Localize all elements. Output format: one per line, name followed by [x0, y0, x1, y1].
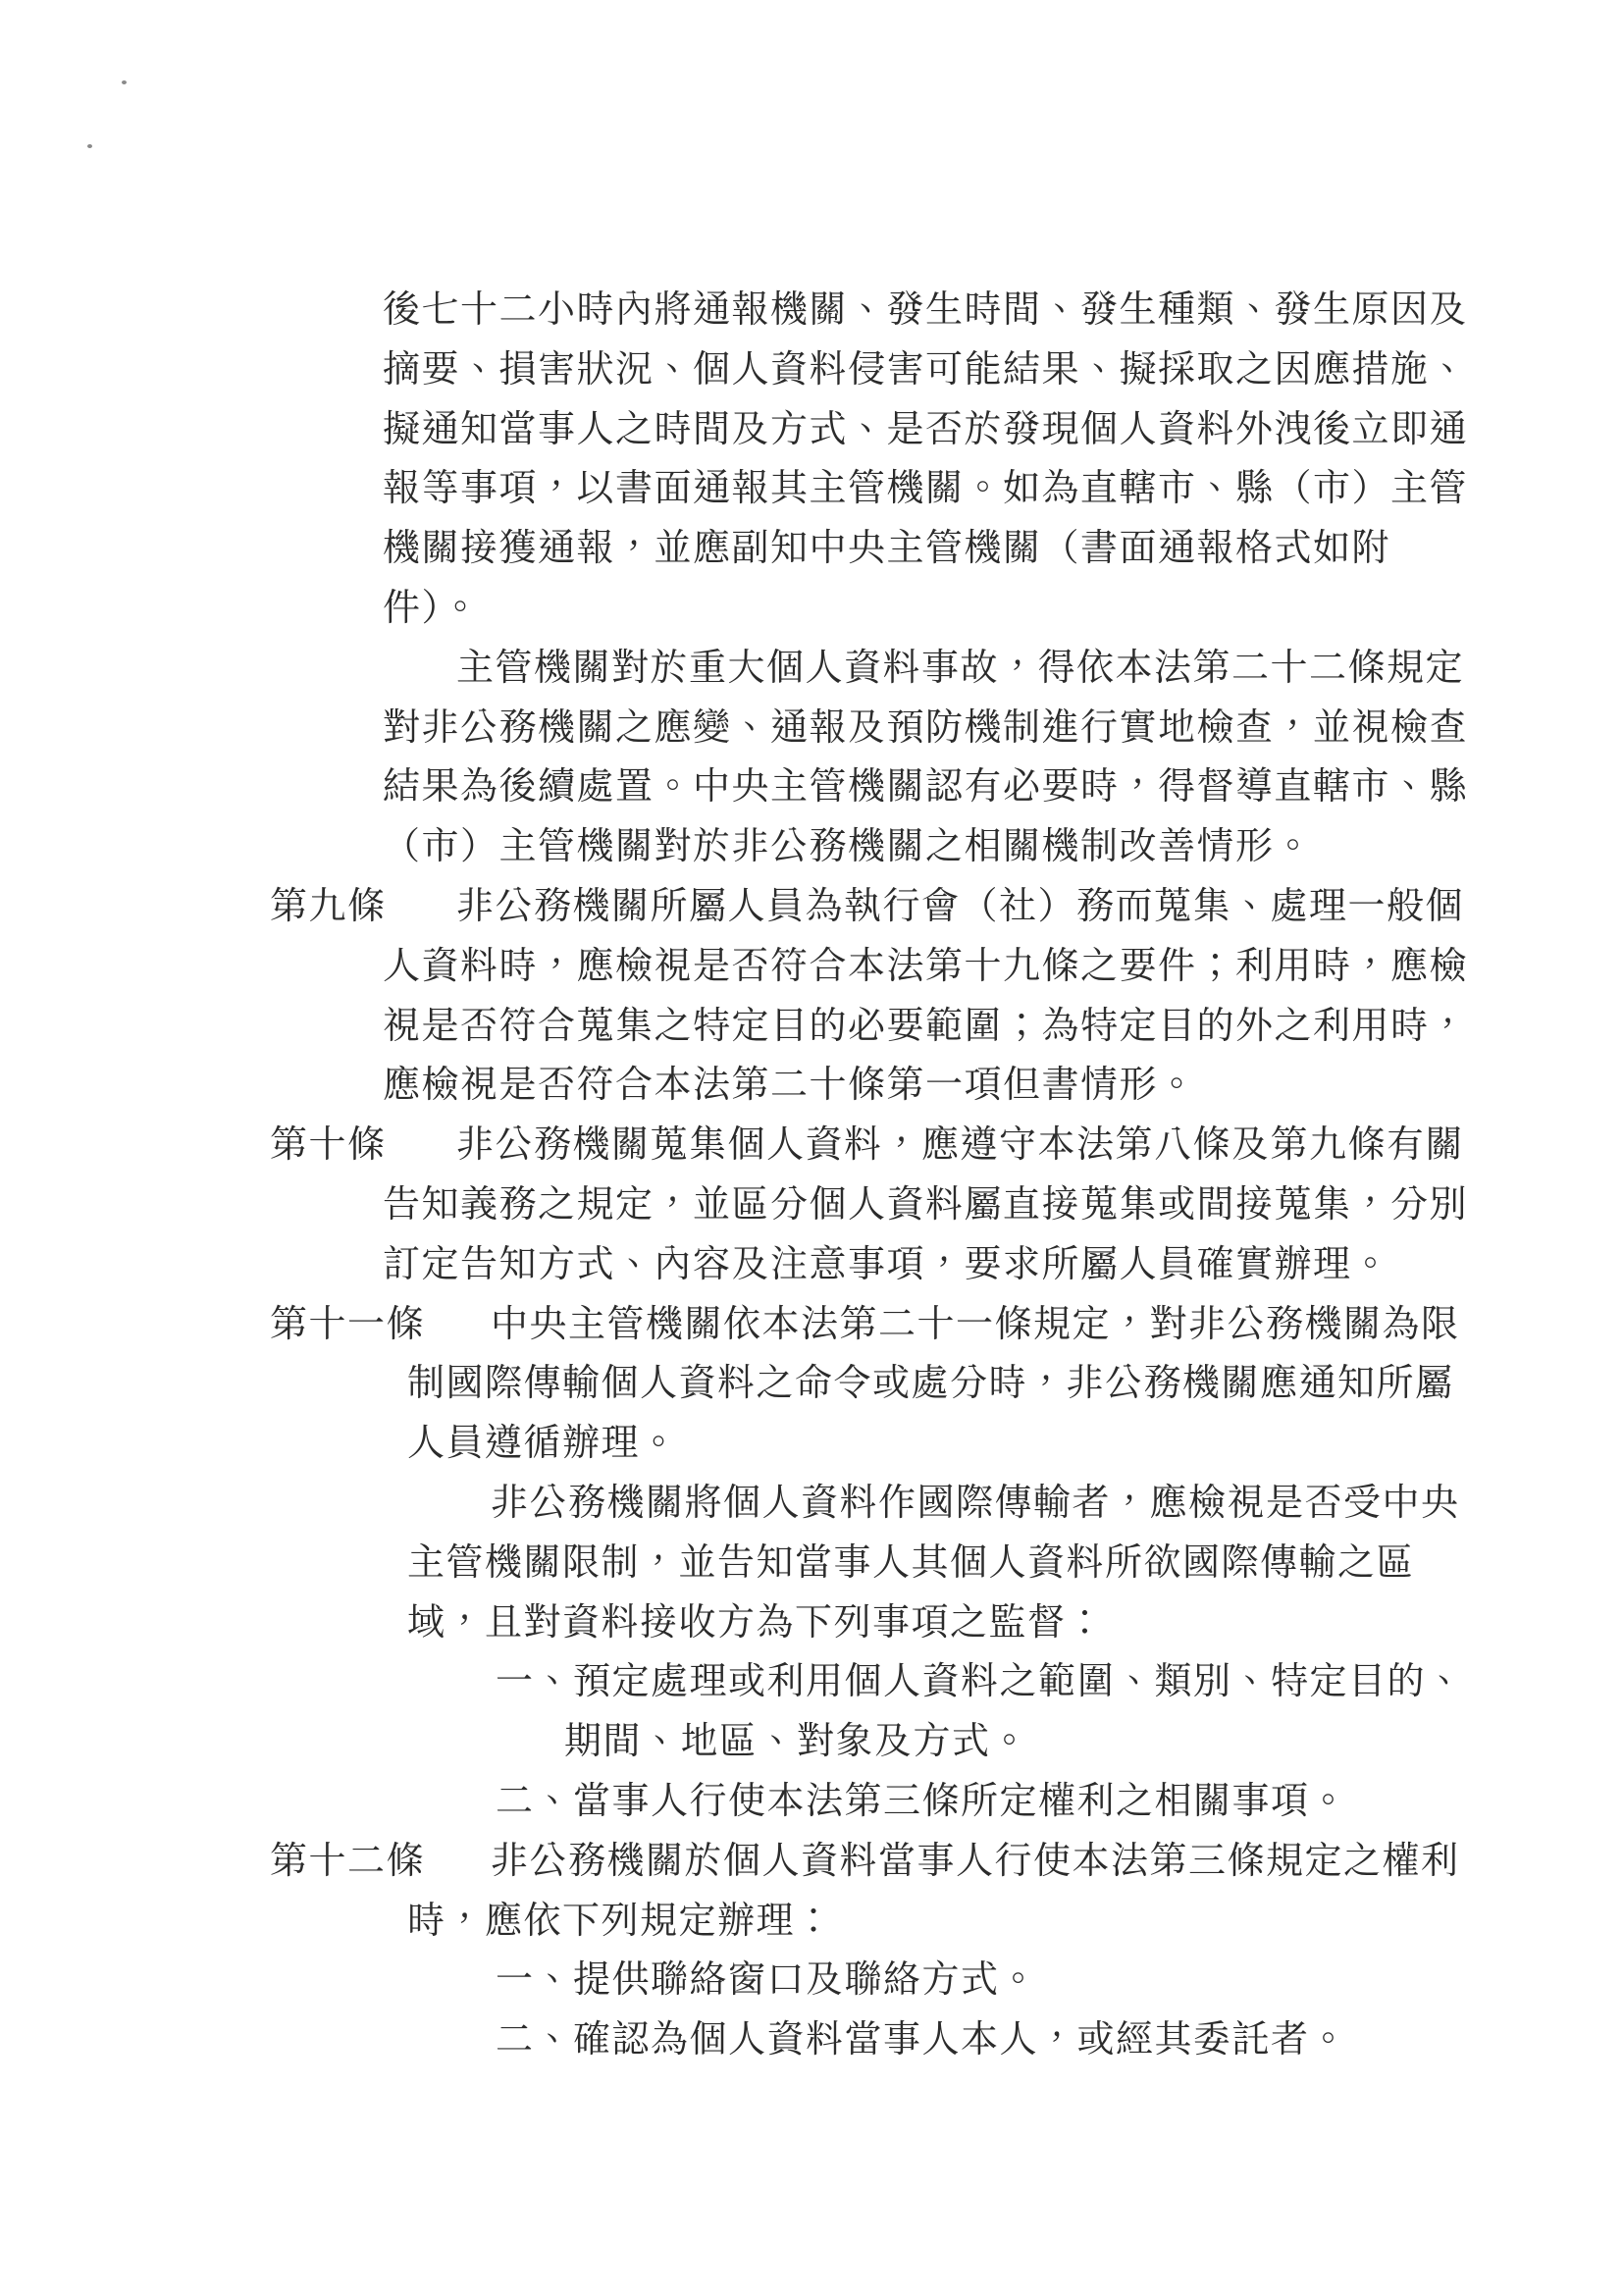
line-text: 機關接獲通報，並應副知中央主管機關（書面通報格式如附 [383, 523, 1390, 574]
line-text: 擬通知當事人之時間及方式、是否於發現個人資料外洩後立即通 [383, 404, 1468, 455]
line-text: 報等事項，以書面通報其主管機關。如為直轄市、縣（市）主管 [383, 463, 1468, 514]
line-text: 人員遵循辦理。 [407, 1418, 679, 1469]
line-text: 結果為後續處置。中央主管機關認有必要時，得督導直轄市、縣 [383, 761, 1468, 812]
line-text: 對非公務機關之應變、通報及預防機制進行實地檢查，並視檢查 [383, 703, 1468, 754]
document-line: 第十二條 非公務機關於個人資料當事人行使本法第三條規定之權利 [0, 1836, 1623, 1896]
document-line: 制國際傳輸個人資料之命令或處分時，非公務機關應通知所屬 [0, 1358, 1623, 1418]
document-line: 摘要、損害狀況、個人資料侵害可能結果、擬採取之因應措施、 [0, 344, 1623, 404]
line-text: 訂定告知方式、內容及注意事項，要求所屬人員確實辦理。 [383, 1239, 1390, 1290]
document-line: 一、提供聯絡窗口及聯絡方式。 [0, 1955, 1623, 2014]
line-text: 非公務機關將個人資料作國際傳輸者，應檢視是否受中央 [491, 1478, 1460, 1529]
document-line: 時，應依下列規定辦理： [0, 1896, 1623, 1956]
document-line: 人員遵循辦理。 [0, 1418, 1623, 1478]
document-line: 人資料時，應檢視是否符合本法第十九條之要件；利用時，應檢 [0, 941, 1623, 1001]
article-number-label: 第九條 [270, 881, 387, 932]
line-text: 制國際傳輸個人資料之命令或處分時，非公務機關應通知所屬 [407, 1358, 1454, 1409]
line-text: 主管機關對於重大個人資料事故，得依本法第二十二條規定 [456, 643, 1464, 694]
line-text: 二、確認為個人資料當事人本人，或經其委託者。 [496, 2014, 1348, 2065]
document-line: 一、預定處理或利用個人資料之範圍、類別、特定目的、 [0, 1656, 1623, 1716]
document-line: 件）。 [0, 583, 1623, 643]
line-text: 主管機關限制，並告知當事人其個人資料所欲國際傳輸之區 [407, 1538, 1415, 1589]
document-line: 結果為後續處置。中央主管機關認有必要時，得督導直轄市、縣 [0, 761, 1623, 821]
document-line: 機關接獲通報，並應副知中央主管機關（書面通報格式如附 [0, 523, 1623, 583]
document-line: 告知義務之規定，並區分個人資料屬直接蒐集或間接蒐集，分別 [0, 1179, 1623, 1239]
scanned-document-page: 後七十二小時內將通報機關、發生時間、發生種類、發生原因及 摘要、損害狀況、個人資… [0, 0, 1623, 2296]
line-text: 中央主管機關依本法第二十一條規定，對非公務機關為限 [491, 1299, 1460, 1350]
line-text: 非公務機關蒐集個人資料，應遵守本法第八條及第九條有關 [456, 1120, 1464, 1171]
document-line: 域，且對資料接收方為下列事項之監督： [0, 1597, 1623, 1657]
line-text: 一、提供聯絡窗口及聯絡方式。 [496, 1955, 1038, 2006]
document-line: 視是否符合蒐集之特定目的必要範圍；為特定目的外之利用時， [0, 1001, 1623, 1061]
document-line: 二、當事人行使本法第三條所定權利之相關事項。 [0, 1776, 1623, 1836]
line-text: 期間、地區、對象及方式。 [564, 1716, 1029, 1767]
document-line: 擬通知當事人之時間及方式、是否於發現個人資料外洩後立即通 [0, 404, 1623, 464]
document-line: 第十條 非公務機關蒐集個人資料，應遵守本法第八條及第九條有關 [0, 1120, 1623, 1179]
line-text: （市）主管機關對於非公務機關之相關機制改善情形。 [383, 821, 1313, 872]
scan-speck [122, 80, 127, 84]
document-line: 期間、地區、對象及方式。 [0, 1716, 1623, 1776]
line-text: 域，且對資料接收方為下列事項之監督： [407, 1597, 1105, 1648]
line-text: 非公務機關所屬人員為執行會（社）務而蒐集、處理一般個 [456, 881, 1464, 932]
line-text: 摘要、損害狀況、個人資料侵害可能結果、擬採取之因應措施、 [383, 344, 1468, 395]
document-line: 主管機關限制，並告知當事人其個人資料所欲國際傳輸之區 [0, 1538, 1623, 1597]
document-line: 第十一條 中央主管機關依本法第二十一條規定，對非公務機關為限 [0, 1299, 1623, 1359]
line-text: 非公務機關於個人資料當事人行使本法第三條規定之權利 [491, 1836, 1460, 1887]
line-text: 時，應依下列規定辦理： [407, 1896, 834, 1947]
document-line: 第九條 非公務機關所屬人員為執行會（社）務而蒐集、處理一般個 [0, 881, 1623, 941]
line-text: 人資料時，應檢視是否符合本法第十九條之要件；利用時，應檢 [383, 941, 1468, 992]
document-line: 報等事項，以書面通報其主管機關。如為直轄市、縣（市）主管 [0, 463, 1623, 523]
article-number-label: 第十條 [270, 1120, 387, 1171]
document-line: 應檢視是否符合本法第二十條第一項但書情形。 [0, 1060, 1623, 1120]
document-line: （市）主管機關對於非公務機關之相關機制改善情形。 [0, 821, 1623, 881]
line-text: 應檢視是否符合本法第二十條第一項但書情形。 [383, 1060, 1197, 1111]
document-line: 訂定告知方式、內容及注意事項，要求所屬人員確實辦理。 [0, 1239, 1623, 1299]
document-line: 主管機關對於重大個人資料事故，得依本法第二十二條規定 [0, 643, 1623, 703]
article-number-label: 第十二條 [270, 1836, 425, 1887]
document-line: 二、確認為個人資料當事人本人，或經其委託者。 [0, 2014, 1623, 2074]
line-text: 告知義務之規定，並區分個人資料屬直接蒐集或間接蒐集，分別 [383, 1179, 1468, 1230]
line-text: 件）。 [383, 583, 481, 634]
line-text: 後七十二小時內將通報機關、發生時間、發生種類、發生原因及 [383, 285, 1468, 336]
line-text: 二、當事人行使本法第三條所定權利之相關事項。 [496, 1776, 1348, 1827]
line-text: 視是否符合蒐集之特定目的必要範圍；為特定目的外之利用時， [383, 1001, 1468, 1052]
document-line: 對非公務機關之應變、通報及預防機制進行實地檢查，並視檢查 [0, 703, 1623, 762]
article-number-label: 第十一條 [270, 1299, 425, 1350]
document-line: 後七十二小時內將通報機關、發生時間、發生種類、發生原因及 [0, 285, 1623, 344]
line-text: 一、預定處理或利用個人資料之範圍、類別、特定目的、 [496, 1656, 1465, 1707]
document-line: 非公務機關將個人資料作國際傳輸者，應檢視是否受中央 [0, 1478, 1623, 1538]
scan-speck [87, 144, 92, 148]
